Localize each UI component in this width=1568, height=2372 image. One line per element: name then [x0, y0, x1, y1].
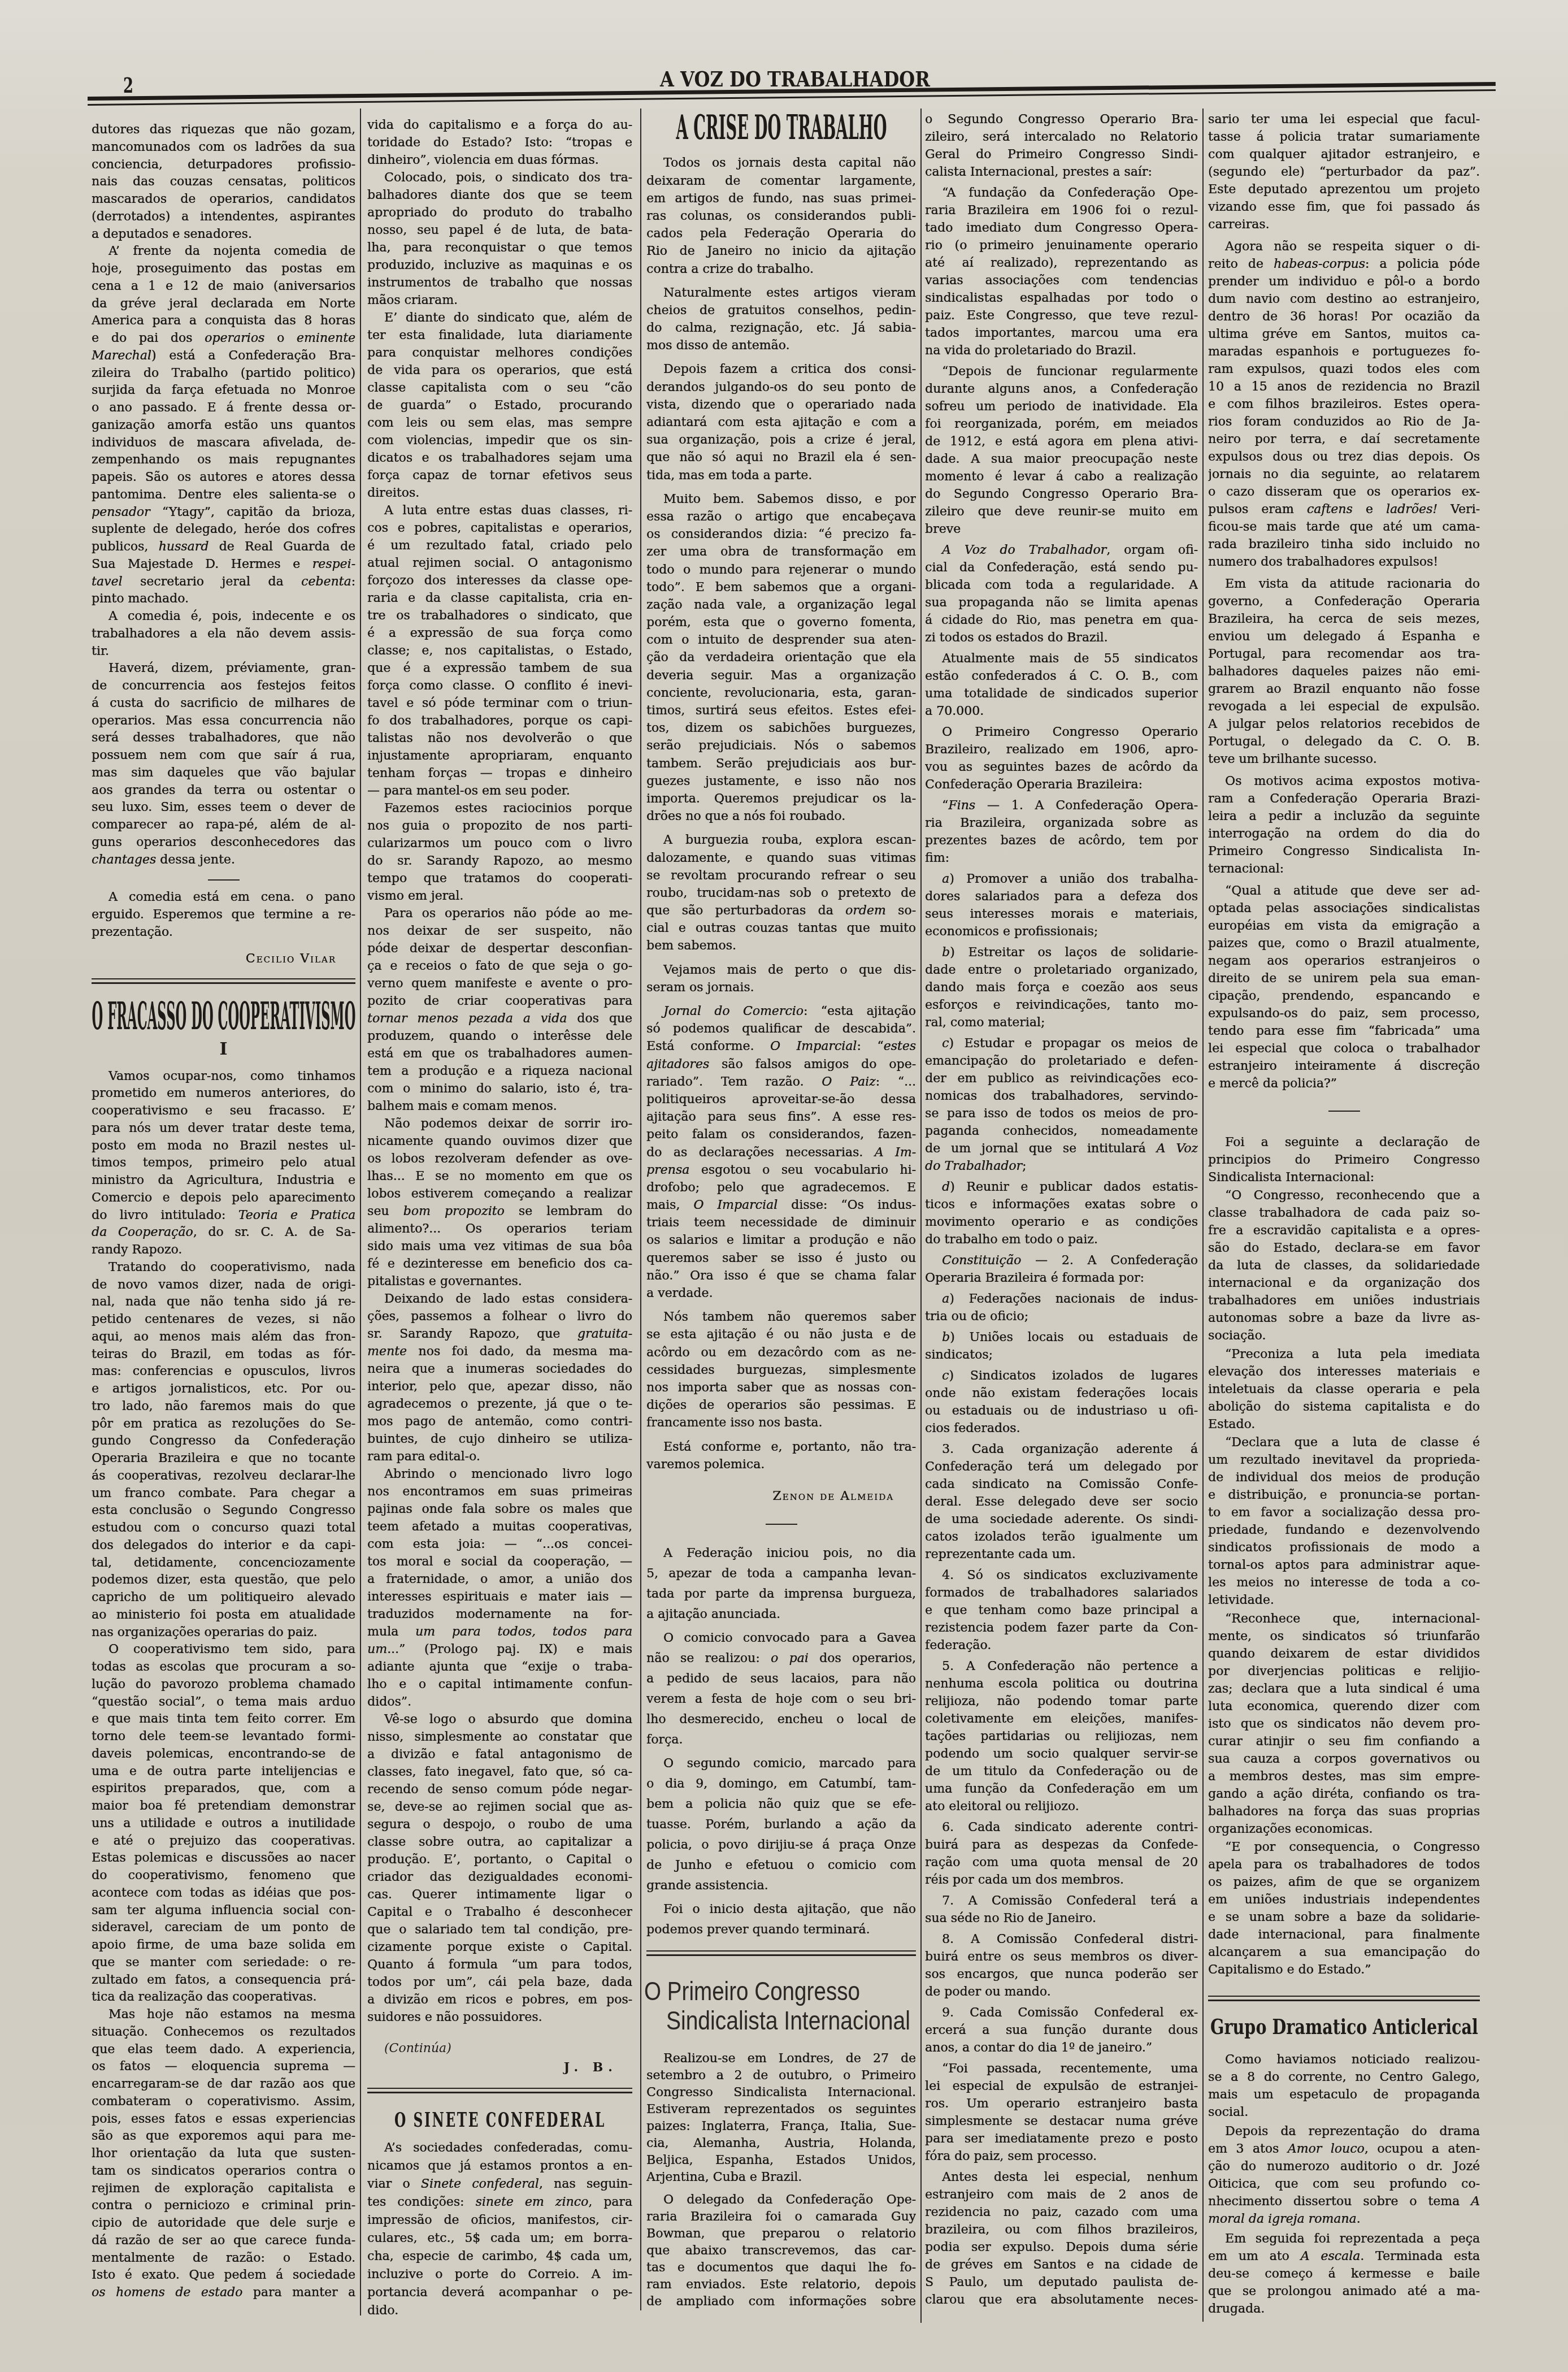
text-line: tasse á policia tratar sumariamente: [1208, 128, 1480, 146]
text-line: ticos e informações exatas sobre o: [925, 1196, 1198, 1213]
paragraph: Agora não se respeita siquer o di-reito …: [1208, 238, 1480, 571]
text-line: uns a utilidade e outros a inutilidade: [92, 1815, 355, 1833]
text-line: Quanto á formula “um para todos,: [367, 1956, 632, 1974]
text-line: classes, fato inegavel, fato que, só ca-: [367, 1763, 632, 1781]
text-line: abolição do sistema capitalista e do: [1208, 1398, 1480, 1416]
text-line: com esta joia: — “...os concei-: [367, 1536, 632, 1553]
text-line: Arjentina, Cuba e Brazil.: [646, 2169, 916, 2186]
text-line: ou estaduais ou de industriaso u ofi-: [925, 1402, 1198, 1420]
paragraph: E’ diante do sindicato que, além deter e…: [367, 309, 632, 502]
text-line: e até o prejuizo das cooperativas.: [92, 1833, 355, 1850]
text-line: didos”.: [367, 1693, 632, 1711]
text-line: suplente de delegado, heróe dos cofres: [92, 521, 355, 539]
text-line: fre a escravidão capitalista e a opres-: [1208, 1222, 1480, 1239]
text-line: Deixando de lado estas considera-: [367, 1290, 632, 1308]
text-line: de guarda” o Estado, procurando: [367, 397, 632, 414]
text-line: Colocado, pois, o sindicato dos tra-: [367, 169, 632, 187]
text-line: cularizarmos um pouco com o livro: [367, 835, 632, 852]
text-line: tria ou de oficio;: [925, 1308, 1198, 1325]
paragraph: Naturalmente estes artigos vieramcheios …: [646, 284, 916, 355]
paragraph: Mas hoje não estamos na mesmasituação. C…: [92, 2006, 355, 2302]
text-line: erguido. Esperemos que termine a re-: [92, 907, 355, 924]
text-line: prender um individuo e pôl-o a bordo: [1208, 273, 1480, 290]
text-line: nicamente quando ouvimos dizer que: [367, 1133, 632, 1150]
text-line: serão prejudiciais. Nós o sabemos: [646, 737, 916, 754]
text-line: tenham forças — tropas e dinheiro: [367, 765, 632, 782]
text-line: “Declara que a luta de classe é: [1208, 1434, 1480, 1451]
text-line: Está conforme. O Imparcial: “estes: [646, 1038, 916, 1055]
text-line: foi reorganizada, porém, em meiados: [925, 415, 1198, 433]
text-line: revogada a lei especial de expulsão.: [1208, 698, 1480, 715]
text-line: de poder ou mando.: [925, 1983, 1198, 2001]
article-fracasso-body: Vamos ocupar-nos, como tinhamosprometido…: [92, 1068, 355, 2302]
paragraph: “O Congresso, reconhecendo que aclasse t…: [1208, 1187, 1480, 1345]
text-line: vismo em jeral.: [367, 887, 632, 905]
text-line: 3. Cada organização aderente á: [925, 1441, 1198, 1458]
text-line: dade. A sua maior preocupação neste: [925, 450, 1198, 468]
text-line: triais teem necessidade de diminuir: [646, 1214, 916, 1231]
text-line: Primeiro Congresso Sindicalista In-: [1208, 843, 1480, 860]
text-line: os salarios e limitar a produção e não: [646, 1231, 916, 1249]
text-line: momento é levar á cabo a realização: [925, 468, 1198, 485]
text-line: a divizão em ricos e pobres, em pos-: [367, 1991, 632, 2009]
paragraph: 5. A Confederação não pertence anenhuma …: [925, 1658, 1198, 1815]
text-line: culares, etc., 5$ cada um; em borra-: [367, 2230, 632, 2248]
text-line: governo, a Confederação Operaria: [1208, 593, 1480, 610]
text-line: talistas não nos devolverão o que: [367, 730, 632, 747]
paragraph: Haverá, dizem, préviamente, gran-de conc…: [92, 660, 355, 869]
text-line: Sua Majestade D. Hermes e respei-: [92, 556, 355, 574]
text-line: o cazo disseram que os operarios ex-: [1208, 483, 1480, 501]
text-line: com o minimo do salario, isto é, tra-: [367, 1080, 632, 1098]
text-line: balhadores diante dos que se teem: [367, 187, 632, 204]
text-line: pulsos eram caftens e ladrões! Veri-: [1208, 501, 1480, 518]
text-line: essa razão o artigo que encabeçava: [646, 508, 916, 526]
text-line: Foi a seguinte a declaração de: [1208, 1134, 1480, 1151]
text-line: “O Congresso, reconhecendo que a: [1208, 1187, 1480, 1204]
text-line: Vê-se logo o absurdo que domina: [367, 1711, 632, 1728]
article-crise-body: Todos os jornais desta capital nãodeixar…: [646, 154, 916, 1473]
text-line: cizamente porque existe o Capital.: [367, 1939, 632, 1956]
text-line: ram para edital-o.: [367, 1448, 632, 1465]
text-line: zileiro que deve reunir-se muito em: [925, 503, 1198, 521]
text-line: economicos e profissionais;: [925, 923, 1198, 940]
text-line: petido centenares de vezes, si não: [92, 1311, 355, 1329]
text-line: que não só aqui no Brazil ela é sen-: [646, 449, 916, 466]
text-line: peito falam os considerandos, fazen-: [646, 1126, 916, 1143]
text-line: a) Federações nacionais de indus-: [925, 1290, 1198, 1308]
paragraph: Os motivos acima expostos motiva-ram a C…: [1208, 773, 1480, 878]
text-line: interrogação na ordem do dia do: [1208, 825, 1480, 843]
text-line: a 70.000.: [925, 703, 1198, 720]
text-line: to em favor a socialização dessa pro-: [1208, 1504, 1480, 1521]
text-line: francamente isso nos basta.: [646, 1414, 916, 1432]
text-line: á cidade do Rio, mas penetra em qua-: [925, 612, 1198, 629]
paragraph: d) Reunir e publicar dados estatis-ticos…: [925, 1178, 1198, 1248]
headline-sinete: O SINETE CONFEDERAL: [367, 2110, 632, 2132]
text-line: onde não existam federações locais: [925, 1385, 1198, 1402]
text-line: o ano passado. E á frente dessa or-: [92, 400, 355, 417]
text-line: deixaram de comentar largamente,: [646, 172, 916, 190]
text-line: a deputados e senadores.: [92, 226, 355, 244]
text-line: contra o perniciozo e criminal prin-: [92, 2197, 355, 2215]
text-line: a divizão e fatal antagonismo de: [367, 1746, 632, 1763]
text-line: tações partidarias ou relijiozas, nem: [925, 1728, 1198, 1745]
text-line: ções, passemos a folhear o livro do: [367, 1308, 632, 1325]
text-line: Todos os jornais desta capital não: [646, 154, 916, 172]
text-line: tal, detidamente, concenciozamente: [92, 1555, 355, 1572]
text-line: 4. Só os sindicatos excluzivamente: [925, 1567, 1198, 1584]
text-line: zação nada vale, a organização legal: [646, 596, 916, 614]
text-line: que elas teem dado. A experiencia,: [92, 2041, 355, 2059]
text-line: rios foram conduzidos ao Rio de Ja-: [1208, 413, 1480, 431]
text-line: dade entre o proletariado organizado,: [925, 961, 1198, 979]
text-line: teem afetado a muitas cooperativas,: [367, 1518, 632, 1536]
text-line: Está conforme e, portanto, não tra-: [646, 1438, 916, 1456]
text-line: America para a conquista das 8 horas: [92, 313, 355, 330]
text-line: é a expressão de sua força como: [367, 625, 632, 642]
text-line: os paizes, afim de que se organizem: [1208, 1874, 1480, 1891]
text-line: tavel secretario jeral da cebenta:: [92, 574, 355, 591]
text-line: interior, pelo que, apezar disso, não: [367, 1378, 632, 1395]
text-line: Confederação Operaria Brazileira:: [925, 776, 1198, 793]
text-line: e artigos jornalisticos, etc. Por ou-: [92, 1381, 355, 1398]
text-line: pozito de criar cooperativas para: [367, 992, 632, 1010]
text-line: Agora não se respeita siquer o di-: [1208, 238, 1480, 255]
text-line: Estiveram reprezentados os seguintes: [646, 2101, 916, 2118]
text-line: e distribuição, e pronuncia-se portan-: [1208, 1486, 1480, 1504]
text-line: Muito bem. Sabemos disso, e por: [646, 491, 916, 508]
text-line: — para mantel-os em seu poder.: [367, 782, 632, 800]
text-line: os considerandos dizia: “é precizo fa-: [646, 526, 916, 543]
paragraph: Como haviamos noticiado realizou-se a 8 …: [1208, 2051, 1480, 2121]
headline-text: O SINETE CONFEDERAL: [394, 2110, 606, 2130]
text-line: “Depois de funcionar regularmente: [925, 363, 1198, 380]
text-line: ram enviados. Este relatorio, depois: [646, 2276, 916, 2293]
text-line: na vida do proletariado do Brazil.: [925, 342, 1198, 359]
text-line: ras colunas, os considerandos publi-: [646, 207, 916, 225]
text-line: (segundo ele) “perturbador da paz”.: [1208, 163, 1480, 181]
paragraph: “Declara que a luta de classe éum rezult…: [1208, 1434, 1480, 1609]
text-line: guezes justamente, e isso não nos: [646, 773, 916, 790]
headline-congresso-line-2: Sindicalista Internacional: [646, 2007, 916, 2035]
text-line: apela para os trabalhadores de todos: [1208, 1856, 1480, 1874]
text-line: Marechal) está a Confederação Bra-: [92, 348, 355, 365]
text-line: produzido, incluzive as maquinas e os: [367, 257, 632, 274]
text-line: uma e de outra parte intelijencias e: [92, 1763, 355, 1781]
text-line: de novo vamos dizer, nada de origi-: [92, 1277, 355, 1294]
paragraph: O delegado da Confederação Ope-raria Bra…: [646, 2192, 916, 2310]
text-line: bem a policia não quiz que se efe-: [646, 1794, 916, 1815]
text-line: Congresso Sindicalista Internacional.: [646, 2084, 916, 2101]
text-line: surjida da farça efetuada no Monroe: [92, 382, 355, 400]
text-line: do Segundo Congresso Operario Bra-: [925, 485, 1198, 503]
text-line: rio (o primeiro jenuinamente operario: [925, 237, 1198, 254]
text-line: nais das couzas censatas, politicos: [92, 174, 355, 191]
byline: J. B.: [564, 2059, 618, 2076]
text-line: ternacional:: [1208, 860, 1480, 878]
text-line: esta conclusão o Segundo Congresso: [92, 1502, 355, 1520]
text-line: dido.: [367, 2302, 632, 2320]
text-line: “A fundação da Confederação Ope-: [925, 184, 1198, 202]
text-line: paganda conhecidos, nomeadamente: [925, 1122, 1198, 1140]
text-line: nomicas dos trabalhadores, servindo-: [925, 1087, 1198, 1105]
text-line: ganização amorfa estão uns quantos: [92, 417, 355, 435]
article-fracasso-continued: vida do capitalismo e a força do au-tori…: [367, 116, 632, 2026]
text-line: que é a expressão tambem de sua: [367, 660, 632, 677]
text-line: de 1912, e está agora em plena ativi-: [925, 433, 1198, 450]
paragraph: Jornal do Comercio: “esta ajitaçãosó pod…: [646, 1003, 916, 1302]
paragraph: 9. Cada Comissão Confederal ex-ercerá a …: [925, 2004, 1198, 2057]
text-line: mente, os sindicatos só triunfarão: [1208, 1628, 1480, 1645]
text-line: acontece com todas as idéias que pos-: [92, 1885, 355, 1902]
text-line: Haverá, dizem, préviamente, gran-: [92, 660, 355, 678]
text-line: tas e documentos que daqui lhe fo-: [646, 2260, 916, 2276]
text-line: zultado em fatos, a consequencia prá-: [92, 1972, 355, 1989]
text-line: reito de habeas-corpus: a policia póde: [1208, 255, 1480, 273]
text-line: E’ diante do sindicato que, além de: [367, 309, 632, 327]
text-line: dentro de 36 horas! Por ocazião da: [1208, 308, 1480, 326]
byline: Cecilio Vilar: [246, 950, 336, 968]
text-line: nal, nada que não tenha sido já re-: [92, 1294, 355, 1311]
text-line: Jornal do Comercio: “esta ajitação: [646, 1003, 916, 1020]
text-line: zi todos os estados do Brazil.: [925, 629, 1198, 647]
text-line: dicatos e os trabalhadores sejam uma: [367, 449, 632, 467]
text-line: classe; e, nos capitalistas, o Estado,: [367, 642, 632, 660]
text-line: Constituição — 2. A Confederação: [925, 1252, 1198, 1269]
text-line: negam aos operarios estranjeiros o: [1208, 952, 1480, 970]
paragraph: “Qual a atitude que deve ser ad-optada p…: [1208, 882, 1480, 1092]
text-line: se a 8 do corrente, no Centro Galego,: [1208, 2069, 1480, 2086]
text-line: ajitadores são falsos amigos do ope-: [646, 1056, 916, 1073]
text-line: Como haviamos noticiado realizou-: [1208, 2051, 1480, 2069]
text-line: recendo de senso comum póde negar-: [367, 1781, 632, 1798]
text-line: randy Rapozo.: [92, 1242, 355, 1259]
text-line: 10 a 15 anos de rezidencia no Brazil: [1208, 378, 1480, 396]
text-line: c) Estudar e propagar os meios de: [925, 1035, 1198, 1052]
text-line: lobos estiverem começando a realizar: [367, 1185, 632, 1203]
text-line: balhadores daqueles paizes não emi-: [1208, 663, 1480, 680]
text-line: tambem. Serão prejudiciais aos bur-: [646, 755, 916, 773]
text-line: fóra do paiz, sem processo.: [925, 2148, 1198, 2165]
text-line: Este deputado aprezentou um projeto: [1208, 181, 1480, 198]
text-line: ria Brazileira, organizada sobre as: [925, 814, 1198, 832]
paragraph: o Segundo Congresso Operario Bra-zileiro…: [925, 111, 1198, 181]
text-line: paiz. Este Congresso, que teve rezul-: [925, 307, 1198, 324]
text-line: mais, O Imparcial disse: “Os indus-: [646, 1196, 916, 1214]
text-line: comparecer ao rapa-pé, além de al-: [92, 817, 355, 834]
text-line: neiro por terra, e daí secretamente: [1208, 431, 1480, 448]
text-line: e mercê da policia?”: [1208, 1075, 1480, 1092]
text-line: zempenhando os mais repugnantes: [92, 452, 355, 469]
text-line: timos, surtirá seus efeitos. Estes efei-: [646, 702, 916, 719]
text-line: leira a pedir a incluzão da seguinte: [1208, 808, 1480, 825]
text-line: dos delegados do interior e da capi-: [92, 1537, 355, 1555]
paragraph: Constituição — 2. A ConfederaçãoOperaria…: [925, 1252, 1198, 1287]
text-line: raria e da classe capitalista, cria en-: [367, 589, 632, 607]
text-line: quando deixarem de estar divididos: [1208, 1645, 1480, 1663]
text-line: trabalhadores a ela não devem assis-: [92, 626, 355, 643]
text-line: com qualquer ajitador estranjeiro, e: [1208, 146, 1480, 163]
text-line: derandos julgando-os do seu ponto de: [646, 379, 916, 396]
article-congresso-continued: o Segundo Congresso Operario Bra-zileiro…: [925, 111, 1198, 2309]
text-line: letividade.: [1208, 1592, 1480, 1609]
text-line: teiras do Brazil, em todas as fór-: [92, 1346, 355, 1364]
text-line: setembro a 2 de outubro, o Primeiro: [646, 2067, 916, 2084]
text-line: Não podemos deixar de sorrir iro-: [367, 1115, 632, 1133]
paragraph: “Reconhece que, internacional-mente, os …: [1208, 1610, 1480, 1838]
text-line: são as que exporemos aqui para me-: [92, 2128, 355, 2145]
text-line: social.: [1208, 2104, 1480, 2121]
text-line: zas; declara que a luta sindical é uma: [1208, 1680, 1480, 1698]
paragraph: a) Promover a união dos trabalha-dores s…: [925, 870, 1198, 940]
text-line: Nós tambem não queremos saber: [646, 1308, 916, 1326]
text-line: tro lado, não faremos mais do que: [92, 1398, 355, 1416]
text-line: a fraternidade, o amor, a união dos: [367, 1571, 632, 1588]
text-line: b) Estreitar os laços de solidarie-: [925, 944, 1198, 961]
text-line: Fazemos estes raciocinios porque: [367, 800, 632, 817]
text-line: raria Brazileira em 1906 foi o rezul-: [925, 202, 1198, 219]
text-line: papeis. São os autores e atores dessa: [92, 469, 355, 487]
text-line: torno dele teem-se levantado formi-: [92, 1728, 355, 1746]
text-line: espiritos preparados, que, com a: [92, 1780, 355, 1798]
text-line: 5, apezar de toda a campanha levan-: [646, 1564, 916, 1584]
text-line: agradecemos o prezente, já que o te-: [367, 1395, 632, 1413]
text-line: prezentação.: [92, 924, 355, 942]
text-line: todos por um”, cái pela baze, dada: [367, 1974, 632, 1991]
text-line: deu-se começo á kermesse e baile: [1208, 2265, 1480, 2283]
text-line: tida, mas em toda a parte.: [646, 467, 916, 484]
text-line: mais um espetaculo de propaganda: [1208, 2086, 1480, 2104]
text-line: optada pelas associações sindicalistas: [1208, 900, 1480, 917]
text-line: nisso, simplesmente ao constatar que: [367, 1728, 632, 1746]
text-line: fo dos trabalhadores, porque os capi-: [367, 712, 632, 730]
text-line: Em vista da atitude racionaria do: [1208, 575, 1480, 593]
article-comedia-closing: A comedia está em cena. o panoerguido. E…: [92, 889, 355, 941]
text-line: reprezentante cada um.: [925, 1546, 1198, 1563]
text-line: sideravel, careciam de um ponto de: [92, 1919, 355, 1937]
text-line: isto que os sindicatos não devem pro-: [1208, 1715, 1480, 1733]
text-line: acôrdo ou em dezacôrdo com as ne-: [646, 1344, 916, 1361]
text-line: bem sabemos.: [646, 937, 916, 955]
text-line: sua séde no Rio de Janeiro.: [925, 1910, 1198, 1927]
text-line: podemos dizer, esta questão, que pelo: [92, 1572, 355, 1589]
text-line: estranjeiro com mais de 2 anos de: [925, 2186, 1198, 2204]
text-line: Atualmente mais de 55 sindicatos: [925, 650, 1198, 667]
paragraph: Todos os jornais desta capital nãodeixar…: [646, 154, 916, 277]
text-line: Realizou-se em Londres, de 27 de: [646, 2050, 916, 2067]
text-line: do calma, rezignação, etc. Já sabia-: [646, 319, 916, 337]
text-line: ajitação para seus fins”. A esse res-: [646, 1108, 916, 1126]
short-rule: [1328, 1111, 1360, 1112]
text-line: timos tempos, primeiro pelo atual: [92, 1155, 355, 1172]
text-line: em artigos de fundo, nas suas primei-: [646, 190, 916, 207]
text-line: zileira do Trabalho (partido politico): [92, 365, 355, 383]
text-line: cial e outras couzas tantas que muito: [646, 920, 916, 937]
text-line: produção. E’, portanto, o Capital o: [367, 1851, 632, 1868]
paragraph: Antes desta lei especial, nenhumestranje…: [925, 2169, 1198, 2309]
text-line: de um titulo da Confederação ou de: [925, 1763, 1198, 1780]
text-line: situação. Conhecemos os rezultados: [92, 2024, 355, 2041]
text-line: pantomima. Dentre eles salienta-se o: [92, 487, 355, 504]
text-line: maior boa fé pretendiam demonstrar: [92, 1798, 355, 1815]
text-line: Os motivos acima expostos motiva-: [1208, 773, 1480, 790]
text-line: O cooperativismo tem sido, para: [92, 1641, 355, 1659]
paragraph: Em seguida foi reprezentada a peçaem um …: [1208, 2230, 1480, 2318]
text-line: tada por parte da imprensa burgueza,: [646, 1584, 916, 1605]
text-line: clarou que era absolutamente neces-: [925, 2291, 1198, 2309]
paragraph: “Fins — 1. A Confederação Opera-ria Braz…: [925, 797, 1198, 867]
text-line: Vamos ocupar-nos, como tinhamos: [92, 1068, 355, 1086]
text-line: luta economica, querendo dizer com: [1208, 1698, 1480, 1715]
text-line: guns operarios desconhecedores das: [92, 834, 355, 852]
text-line: cooperativismo e seu fracasso. E’: [92, 1103, 355, 1120]
text-line: nas organizações operarias do paiz.: [92, 1624, 355, 1642]
text-line: mentalmente de razão: o Estado.: [92, 2250, 355, 2267]
paragraph: A’s sociedades confederadas, comu-nicamo…: [367, 2139, 632, 2320]
text-line: Brazileiro, realizado em 1906, apro-: [925, 741, 1198, 758]
text-line: nosso, seu papel é de luta, de bata-: [367, 222, 632, 239]
text-line: de Junho e efetuou o comicio com: [646, 1855, 916, 1876]
article-comedia-body: dutores das riquezas que não gozam,manco…: [92, 122, 355, 869]
text-line: a pedido de seus lacaios, para não: [646, 1669, 916, 1689]
text-line: alcançarem a sua emancipação do: [1208, 1944, 1480, 1961]
text-line: anos, a contar do dia 1º de janeiro.”: [925, 2039, 1198, 2057]
article-federacao-body: A Federação iniciou pois, no dia5, apeza…: [646, 1543, 916, 1940]
text-line: Beljica, Espanha, Estados Unidos,: [646, 2152, 916, 2169]
text-line: não se realizou: o pai dos operarios,: [646, 1649, 916, 1669]
text-line: só podemos qualificar de descabida”.: [646, 1020, 916, 1038]
text-line: conciente, revolucionaria, esta, garan-: [646, 684, 916, 702]
text-line: chantages dessa jente.: [92, 852, 355, 869]
text-line: mas sim daqueles que vão bajular: [92, 765, 355, 782]
text-line: deral. Esse delegado deve ser socio: [925, 1493, 1198, 1511]
text-line: direito de se unirem pela sua eman-: [1208, 970, 1480, 987]
text-line: do trabalho em todo o paiz.: [925, 1231, 1198, 1248]
text-line: réis por cada um dos membros.: [925, 1871, 1198, 1889]
text-line: são do Estado, declara-se em favor: [1208, 1239, 1480, 1257]
text-line: cos e pobres, capitalistas e operarios,: [367, 519, 632, 537]
text-line: O comicio convocado para a Gavea: [646, 1628, 916, 1649]
text-line: Bowman, que preparou o relatorio: [646, 2226, 916, 2243]
text-line: cios federados.: [925, 1420, 1198, 1437]
text-line: conciencia, deturpadores profissio-: [92, 157, 355, 174]
text-line: póde deixar de despertar desconfian-: [367, 940, 632, 957]
text-line: d) Reunir e publicar dados estatis-: [925, 1178, 1198, 1196]
text-line: nos importa saber que as nossas con-: [646, 1379, 916, 1397]
paragraph: “E por consequencia, o Congressoapela pa…: [1208, 1838, 1480, 1979]
text-line: emancipação do proletariado e defen-: [925, 1052, 1198, 1070]
text-line: o dia 9, domingo, em Catumbí, tam-: [646, 1774, 916, 1794]
text-line: Rio de Janeiro no inicio da ajitação: [646, 242, 916, 260]
paragraph: Muito bem. Sabemos disso, e poressa razã…: [646, 491, 916, 826]
text-line: roubo, trucidam-nas sob o pretexto de: [646, 884, 916, 902]
text-line: numero dos trabalhadores expulsos!: [1208, 553, 1480, 571]
text-line: toridade do Estado? Isto: “tropas e: [367, 134, 632, 151]
text-line: “Reconhece que, internacional-: [1208, 1610, 1480, 1628]
headline-text: Sindicalista Internacional: [666, 2007, 910, 2033]
paragraph: vida do capitalismo e a força do au-tori…: [367, 116, 632, 169]
short-rule: [208, 879, 240, 881]
text-line: durante alguns anos, a Confederação: [925, 380, 1198, 398]
text-line: se revoltam procurando refrear o seu: [646, 867, 916, 884]
text-line: apoio firme, de uma baze solida em: [92, 1937, 355, 1954]
text-line: Isto é exato. Que pedem á sociedade: [92, 2267, 355, 2284]
text-line: adiante ajunta que “exije o traba-: [367, 1658, 632, 1676]
text-line: Naturalmente estes artigos vieram: [646, 284, 916, 302]
text-line: moral da igreja romana.: [1208, 2210, 1480, 2228]
text-line: ato eleitoral ou relijiozo.: [925, 1798, 1198, 1815]
